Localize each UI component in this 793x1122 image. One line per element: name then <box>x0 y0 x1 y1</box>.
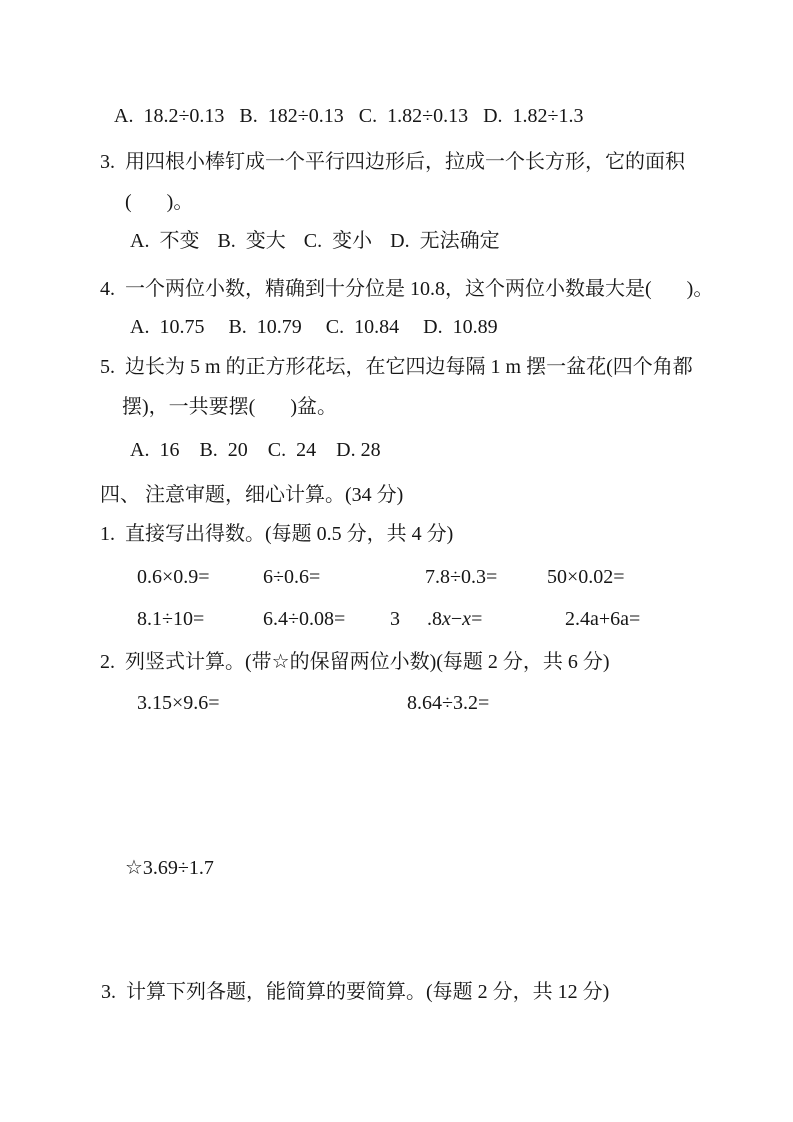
q2-options-row: A. 18.2÷0.13 B. 182÷0.13 C. 1.82÷0.13 D.… <box>114 103 584 129</box>
q5-text-line1: 5. 边长为 5 m 的正方形花坛，在它四边每隔 1 m 摆一盆花(四个角都 <box>100 354 693 380</box>
q5-text-line2: 摆)，一共要摆( )盆。 <box>122 394 337 420</box>
q5-option-c: C. 24 <box>268 437 316 463</box>
section4-heading: 四、 注意审题，细心计算。(34 分) <box>100 482 403 508</box>
expr-7.8div0.3: 7.8÷0.3= <box>425 564 497 590</box>
q3-option-b: B. 变大 <box>217 228 285 254</box>
q2-option-a: A. 18.2÷0.13 <box>114 103 224 129</box>
expr-3.15x9.6: 3.15×9.6= <box>137 690 220 716</box>
xexpr-minus: − <box>451 608 462 630</box>
q2-option-c: C. 1.82÷0.13 <box>359 103 468 129</box>
q2-option-b: B. 182÷0.13 <box>239 103 343 129</box>
part2-title: 2. 列竖式计算。(带☆的保留两位小数)(每题 2 分，共 6 分) <box>100 649 610 675</box>
q4-option-a: A. 10.75 <box>130 314 204 340</box>
q2-option-d: D. 1.82÷1.3 <box>483 103 583 129</box>
xexpr-var2: x <box>462 608 471 630</box>
q3-option-a: A. 不变 <box>130 228 199 254</box>
q4-option-d: D. 10.89 <box>423 314 497 340</box>
expr-50x0.02: 50×0.02= <box>547 564 625 590</box>
exam-paper-page: A. 18.2÷0.13 B. 182÷0.13 C. 1.82÷0.13 D.… <box>0 0 793 1122</box>
stray-digit-3: 3 <box>390 606 400 632</box>
column-calc-row: 3.15×9.6= 8.64÷3.2= <box>0 690 793 716</box>
q4-text-line1: 4. 一个两位小数，精确到十分位是 10.8，这个两位小数最大是( )。 <box>100 276 713 302</box>
expr-6div0.6: 6÷0.6= <box>263 564 320 590</box>
expr-8.1div10: 8.1÷10= <box>137 606 204 632</box>
xexpr-equals: = <box>471 608 482 630</box>
starred-expr-3.69div1.7: ☆3.69÷1.7 <box>125 855 214 881</box>
expr-8.64div3.2: 8.64÷3.2= <box>407 690 489 716</box>
xexpr-var1: x <box>442 608 451 630</box>
q4-option-b: B. 10.79 <box>228 314 301 340</box>
q5-options-row: A. 16 B. 20 C. 24 D. 28 <box>130 437 381 463</box>
expr-6.4div0.08: 6.4÷0.08= <box>263 606 345 632</box>
expr-8x-minus-x: .8x−x= <box>427 606 482 632</box>
q5-option-a: A. 16 <box>130 437 179 463</box>
q3-option-c: C. 变小 <box>304 228 372 254</box>
expr-0.6x0.9: 0.6×0.9= <box>137 564 210 590</box>
q4-option-c: C. 10.84 <box>326 314 399 340</box>
part1-title: 1. 直接写出得数。(每题 0.5 分，共 4 分) <box>100 521 453 547</box>
expr-2.4a-plus-6a: 2.4a+6a= <box>565 606 640 632</box>
q3-text-line1: 3. 用四根小棒钉成一个平行四边形后，拉成一个长方形，它的面积 <box>100 149 685 175</box>
q5-option-b: B. 20 <box>199 437 247 463</box>
xexpr-coef: .8 <box>427 608 442 630</box>
q4-options-row: A. 10.75 B. 10.79 C. 10.84 D. 10.89 <box>130 314 498 340</box>
q5-option-d: D. 28 <box>336 437 380 463</box>
mental-math-row1: 0.6×0.9= 6÷0.6= 7.8÷0.3= 50×0.02= <box>0 564 793 590</box>
mental-math-row2: 8.1÷10= 6.4÷0.08= 3 .8x−x= 2.4a+6a= <box>0 606 793 632</box>
q3-option-d: D. 无法确定 <box>390 228 499 254</box>
q3-options-row: A. 不变 B. 变大 C. 变小 D. 无法确定 <box>130 228 500 254</box>
part3-title: 3. 计算下列各题，能简算的要简算。(每题 2 分，共 12 分) <box>101 979 609 1005</box>
q3-answer-blank: ( )。 <box>125 189 193 215</box>
